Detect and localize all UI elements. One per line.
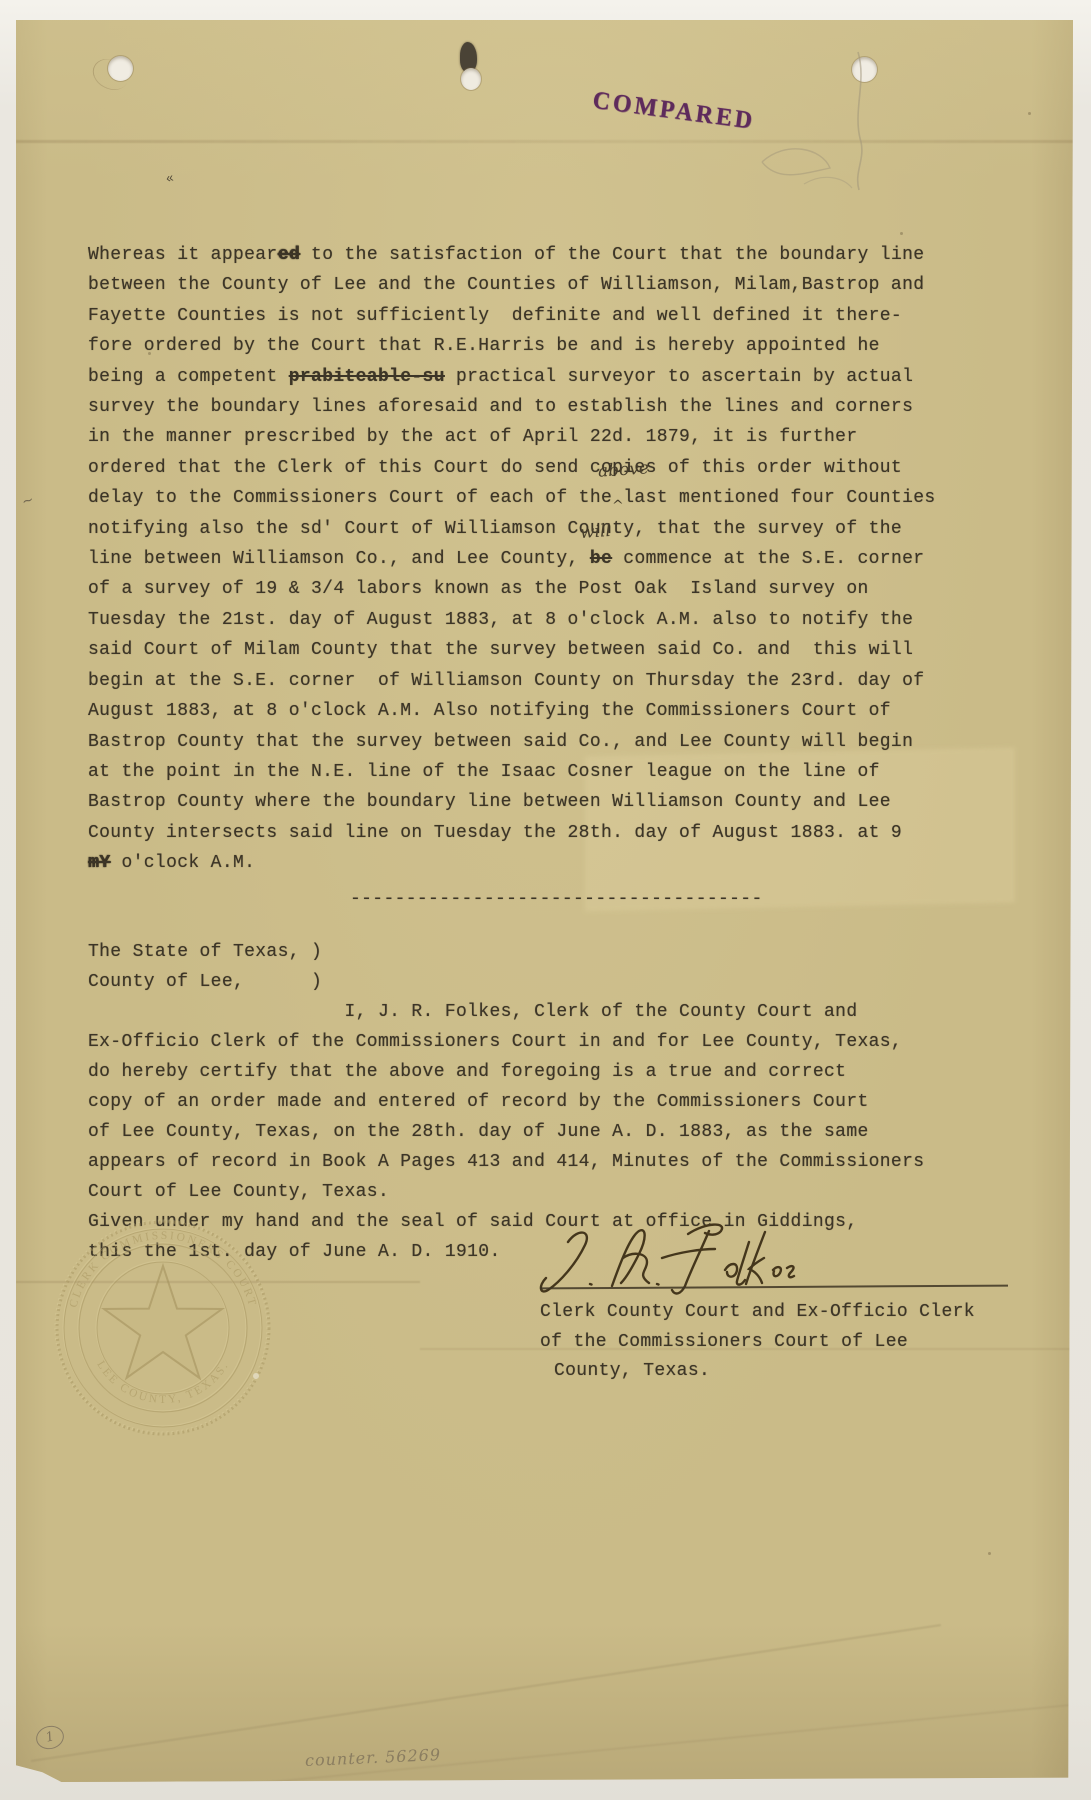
crease-line-top [16, 140, 1073, 143]
dust-speck [1028, 112, 1031, 115]
insert-will-annotation: will [579, 521, 611, 543]
insert-caret: ^ [612, 498, 624, 514]
signature-title-line: Clerk County Court and Ex-Officio Clerk [540, 1298, 975, 1328]
order-line: of a survey of 19 & 3/4 labors known as … [88, 574, 936, 604]
crease-diagonal-2 [258, 1702, 1091, 1785]
order-line: Tuesday the 21st. day of August 1883, at… [88, 605, 936, 635]
certification-line: Ex-Officio Clerk of the Commissioners Co… [88, 1027, 924, 1057]
certification-line: Court of Lee County, Texas. [88, 1177, 924, 1207]
document-page: COMPARED « ~ Whereas it appeared to the … [16, 20, 1073, 1782]
margin-tick-mark: ~ [20, 492, 36, 511]
order-line: between the County of Lee and the Counti… [88, 270, 936, 300]
certification-line: County of Lee, ) [88, 967, 924, 997]
order-paragraph: Whereas it appeared to the satisfaction … [88, 240, 936, 879]
order-line: mY o'clock A.M. [88, 848, 936, 878]
certification-line: The State of Texas, ) [88, 937, 924, 967]
crease-diagonal-1 [31, 1624, 941, 1762]
circled-page-number: 1 [34, 1723, 67, 1752]
order-line: notifying also the sd' Court of Williams… [88, 514, 936, 544]
order-line: Bastrop County that the survey between s… [88, 727, 936, 757]
order-line: fore ordered by the Court that R.E.Harri… [88, 331, 936, 361]
notary-seal: CLERK COMMISSIONERS COURT LEE COUNTY, TE… [48, 1213, 278, 1443]
order-line: line between Williamson Co., and Lee Cou… [88, 544, 936, 574]
order-line: Bastrop County where the boundary line b… [88, 787, 936, 817]
signature-title-line: of the Commissioners Court of Lee [540, 1328, 975, 1358]
order-line: ordered that the Clerk of this Court do … [88, 453, 936, 483]
order-line: Whereas it appeared to the satisfaction … [88, 240, 936, 270]
seal-text-bottom: LEE COUNTY, TEXAS. [94, 1359, 231, 1406]
signature-title-block: Clerk County Court and Ex-Officio Clerko… [540, 1298, 975, 1387]
insert-above-annotation: above [597, 458, 649, 482]
counter-note: counter. 56269 [305, 1745, 442, 1770]
order-line: County intersects said line on Tuesday t… [88, 818, 936, 848]
certification-line: I, J. R. Folkes, Clerk of the County Cou… [88, 997, 924, 1027]
signature-title-line: County, Texas. [540, 1357, 975, 1387]
svg-text:LEE COUNTY, TEXAS.: LEE COUNTY, TEXAS. [94, 1359, 231, 1406]
certification-line: appears of record in Book A Pages 413 an… [88, 1147, 924, 1177]
order-line: said Court of Milam County that the surv… [88, 635, 936, 665]
punch-hole-left [108, 56, 133, 81]
order-line: survey the boundary lines aforesaid and … [88, 392, 936, 422]
ink-mark: « [165, 169, 175, 185]
order-line: delay to the Commissioners Court of each… [88, 483, 936, 513]
page-number-text: 1 [44, 1729, 56, 1746]
compared-stamp: COMPARED [591, 87, 757, 136]
dust-speck [900, 232, 903, 235]
pencil-scribbles [740, 40, 890, 200]
section-divider: ------------------------------------- [350, 884, 763, 914]
order-line: in the manner prescribed by the act of A… [88, 422, 936, 452]
punch-hole-center [461, 68, 481, 90]
scanner-background: COMPARED « ~ Whereas it appeared to the … [0, 0, 1091, 1800]
seal-star-icon [104, 1266, 222, 1378]
order-line: August 1883, at 8 o'clock A.M. Also noti… [88, 696, 936, 726]
certification-line: of Lee County, Texas, on the 28th. day o… [88, 1117, 924, 1147]
order-line: begin at the S.E. corner of Williamson C… [88, 666, 936, 696]
certification-line: copy of an order made and entered of rec… [88, 1087, 924, 1117]
certification-line: do hereby certify that the above and for… [88, 1057, 924, 1087]
order-line: Fayette Counties is not sufficiently def… [88, 301, 936, 331]
order-line: being a competent prabiteable-su practic… [88, 362, 936, 392]
order-line: at the point in the N.E. line of the Isa… [88, 757, 936, 787]
dust-speck [988, 1552, 991, 1555]
